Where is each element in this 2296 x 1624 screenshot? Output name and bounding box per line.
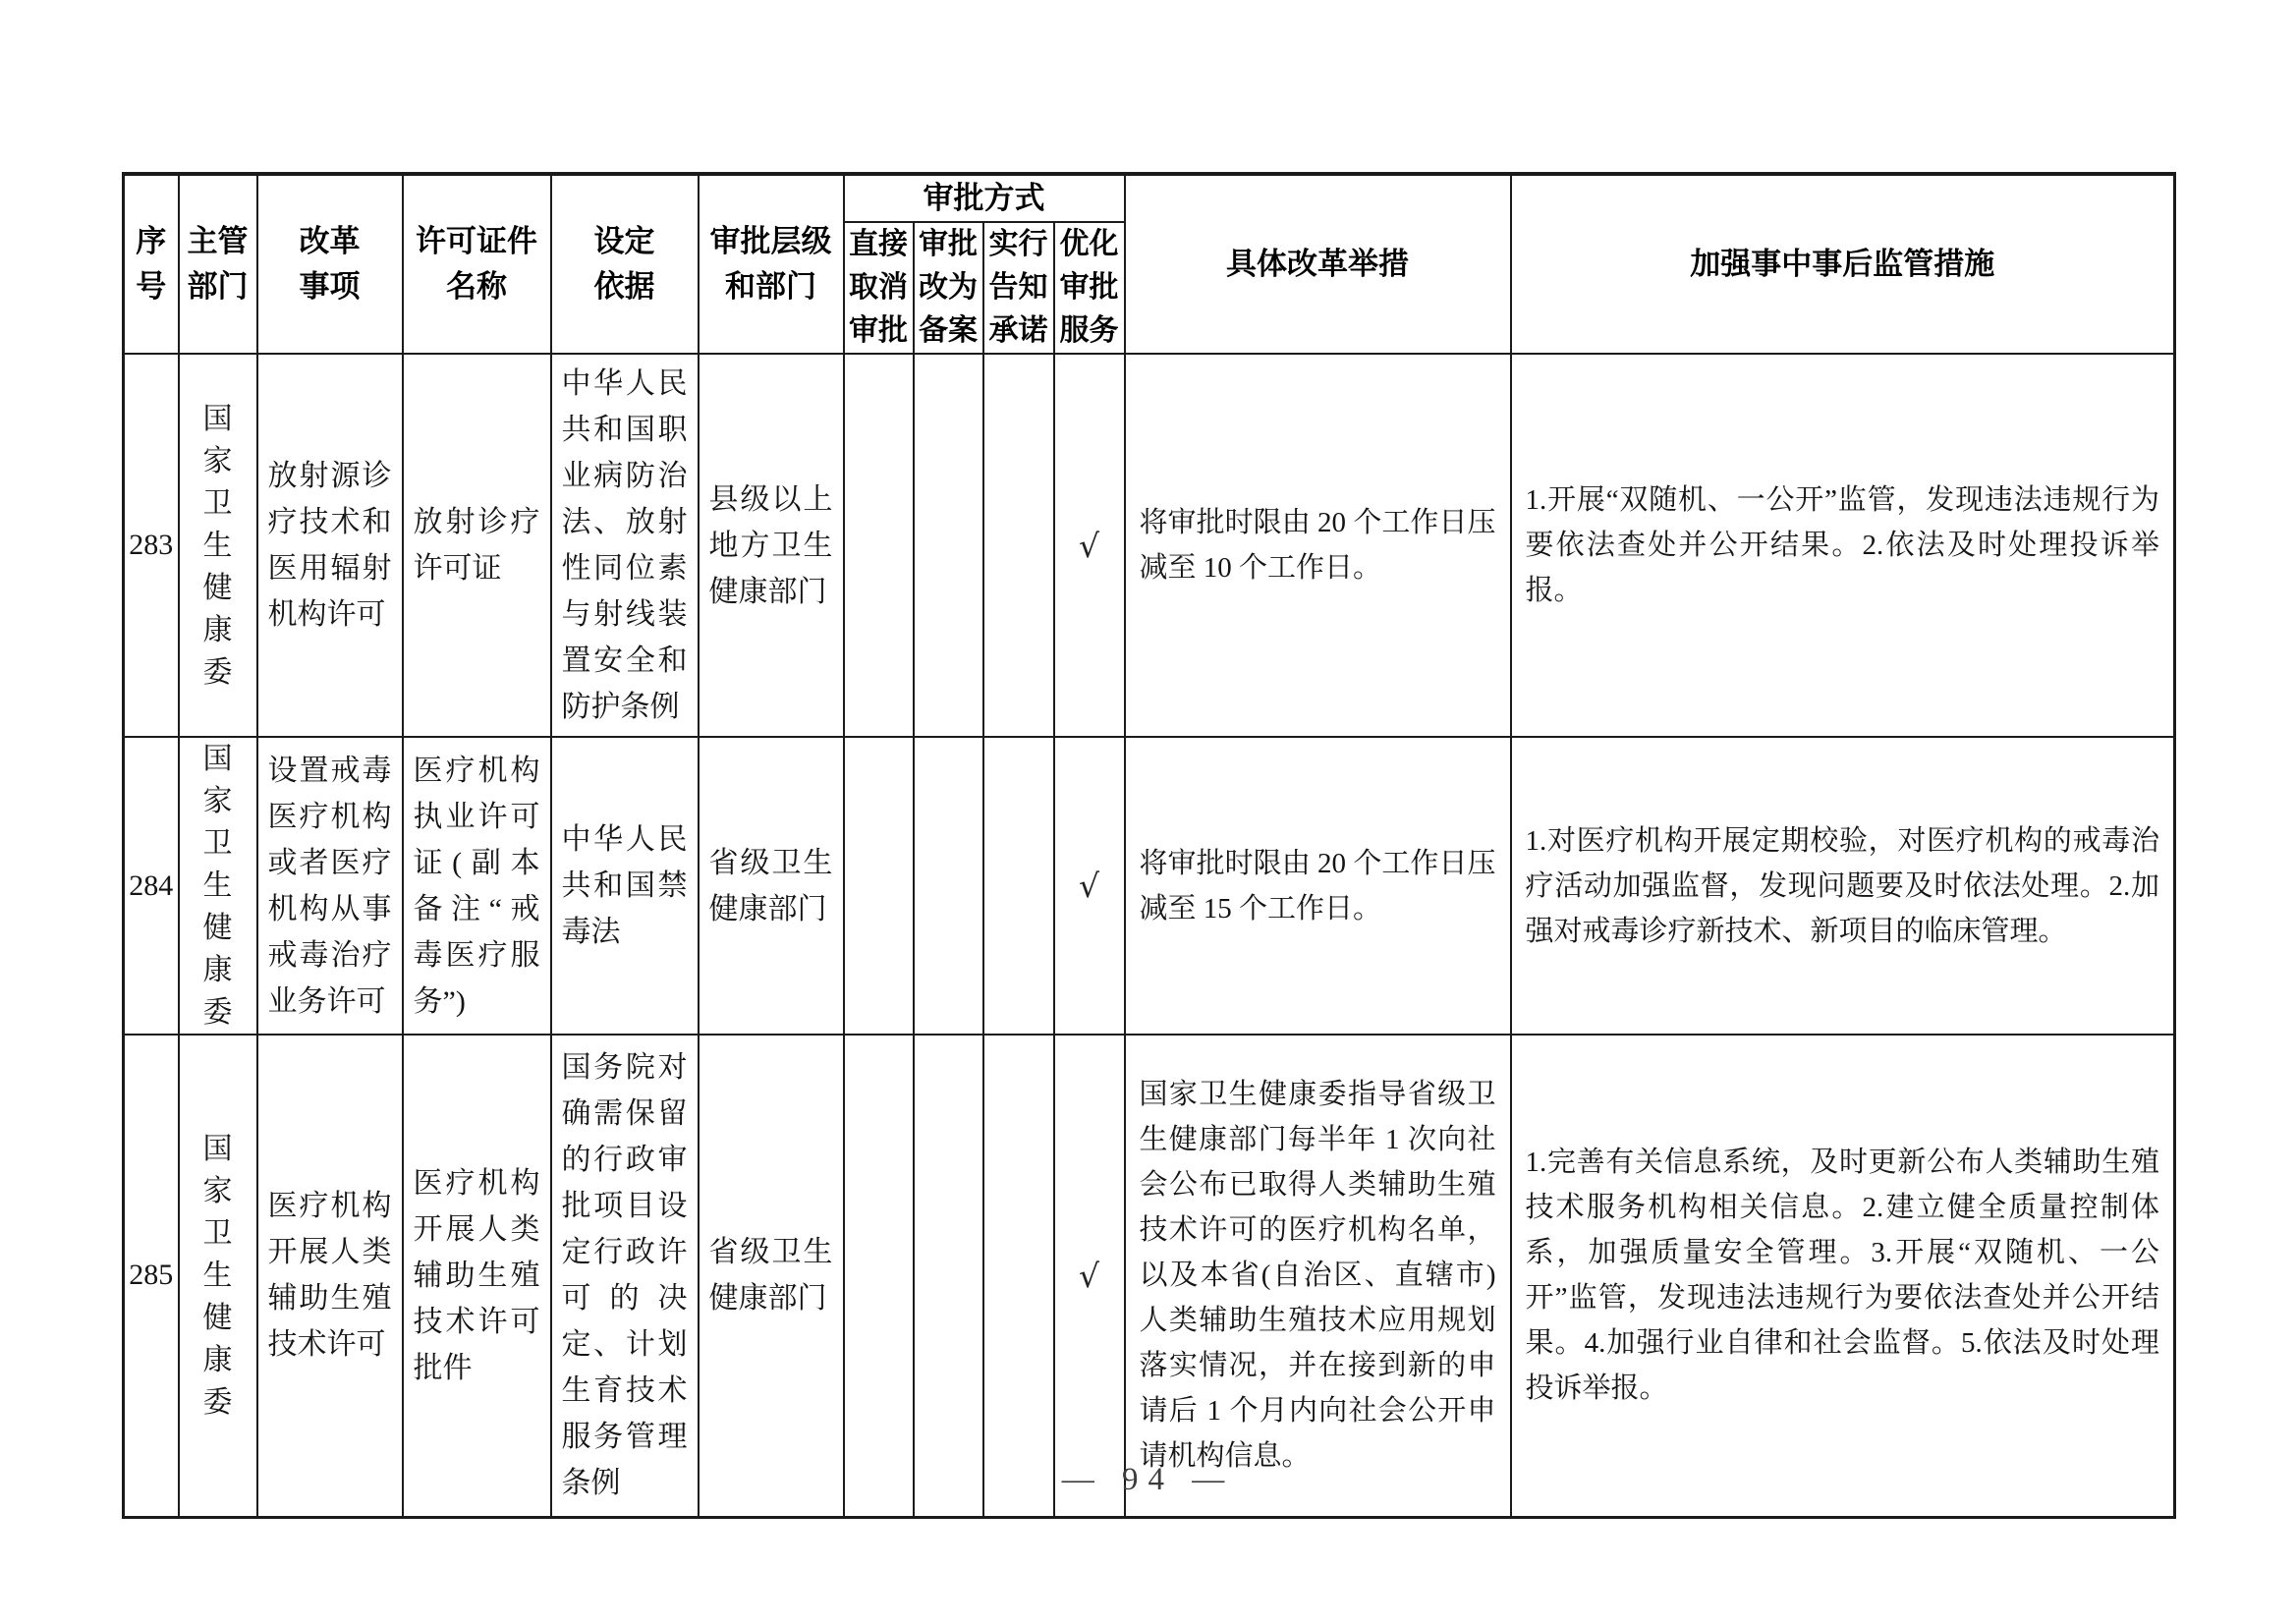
table-row-284: 284 国家卫生健康委 设置戒毒医疗机构或者医疗机构从事戒毒治疗业务许可 医疗机… — [124, 737, 2175, 1035]
cell-license-name: 放射诊疗许可证 — [403, 354, 551, 737]
page-number: — 94 — — [0, 1462, 2296, 1498]
cell-measures: 将审批时限由 20 个工作日压减至 10 个工作日。 — [1125, 354, 1511, 737]
cell-supervision: 1.对医疗机构开展定期校验，对医疗机构的戒毒治疗活动加强监督，发现问题要及时依法… — [1511, 737, 2175, 1035]
header-approval-level: 审批层级 和部门 — [699, 174, 844, 354]
cell-department: 国家卫生健康委 — [179, 737, 257, 1035]
header-approval-method: 审批方式 — [844, 174, 1125, 222]
cell-supervision: 1.完善有关信息系统，及时更新公布人类辅助生殖技术服务机构相关信息。2.建立健全… — [1511, 1035, 2175, 1517]
cell-approval-level: 省级卫生健康部门 — [699, 737, 844, 1035]
cell-supervision: 1.开展“双随机、一公开”监管，发现违法违规行为要依法查处并公开结果。2.依法及… — [1511, 354, 2175, 737]
cell-license-name: 医疗机构执业许可证(副本备注“戒毒医疗服务”) — [403, 737, 551, 1035]
cell-legal-basis: 中华人民共和国职业病防治法、放射性同位素与射线装置安全和防护条例 — [551, 354, 699, 737]
cell-license-name: 医疗机构开展人类辅助生殖技术许可批件 — [403, 1035, 551, 1517]
cell-measures: 将审批时限由 20 个工作日压减至 15 个工作日。 — [1125, 737, 1511, 1035]
header-optimize-service: 优化 审批 服务 — [1054, 222, 1125, 354]
cell-direct-cancel — [844, 737, 914, 1035]
cell-to-filing — [914, 1035, 983, 1517]
cell-legal-basis: 国务院对确需保留的行政审批项目设定行政许可的决定、计划生育技术服务管理条例 — [551, 1035, 699, 1517]
cell-to-filing — [914, 737, 983, 1035]
header-reform-item: 改革 事项 — [257, 174, 403, 354]
header-department: 主管 部门 — [179, 174, 257, 354]
cell-direct-cancel — [844, 354, 914, 737]
cell-department: 国家卫生健康委 — [179, 1035, 257, 1517]
cell-serial: 283 — [124, 354, 179, 737]
header-legal-basis: 设定 依据 — [551, 174, 699, 354]
header-license-name: 许可证件 名称 — [403, 174, 551, 354]
cell-notify-commitment — [983, 737, 1054, 1035]
header-notify-commitment: 实行 告知 承诺 — [983, 222, 1054, 354]
header-measures: 具体改革举措 — [1125, 174, 1511, 354]
header-supervision: 加强事中事后监管措施 — [1511, 174, 2175, 354]
checkmark-optimize-service: √ — [1054, 354, 1125, 737]
cell-notify-commitment — [983, 1035, 1054, 1517]
cell-legal-basis: 中华人民共和国禁毒法 — [551, 737, 699, 1035]
header-direct-cancel: 直接 取消 审批 — [844, 222, 914, 354]
cell-measures: 国家卫生健康委指导省级卫生健康部门每半年 1 次向社会公布已取得人类辅助生殖技术… — [1125, 1035, 1511, 1517]
reform-items-table: 序 号 主管 部门 改革 事项 许可证件 名称 设定 依据 审批层级 和部门 审… — [122, 172, 2176, 1519]
cell-reform-item: 医疗机构开展人类辅助生殖技术许可 — [257, 1035, 403, 1517]
cell-approval-level: 省级卫生健康部门 — [699, 1035, 844, 1517]
cell-reform-item: 设置戒毒医疗机构或者医疗机构从事戒毒治疗业务许可 — [257, 737, 403, 1035]
checkmark-optimize-service: √ — [1054, 1035, 1125, 1517]
cell-department: 国家卫生健康委 — [179, 354, 257, 737]
table-row-285: 285 国家卫生健康委 医疗机构开展人类辅助生殖技术许可 医疗机构开展人类辅助生… — [124, 1035, 2175, 1517]
cell-notify-commitment — [983, 354, 1054, 737]
table-row-283: 283 国家卫生健康委 放射源诊疗技术和医用辐射机构许可 放射诊疗许可证 中华人… — [124, 354, 2175, 737]
document-page: 序 号 主管 部门 改革 事项 许可证件 名称 设定 依据 审批层级 和部门 审… — [0, 0, 2296, 1624]
cell-serial: 285 — [124, 1035, 179, 1517]
cell-reform-item: 放射源诊疗技术和医用辐射机构许可 — [257, 354, 403, 737]
checkmark-optimize-service: √ — [1054, 737, 1125, 1035]
header-to-filing: 审批 改为 备案 — [914, 222, 983, 354]
header-row-top: 序 号 主管 部门 改革 事项 许可证件 名称 设定 依据 审批层级 和部门 审… — [124, 174, 2175, 222]
cell-approval-level: 县级以上地方卫生健康部门 — [699, 354, 844, 737]
cell-to-filing — [914, 354, 983, 737]
cell-direct-cancel — [844, 1035, 914, 1517]
cell-serial: 284 — [124, 737, 179, 1035]
header-serial: 序 号 — [124, 174, 179, 354]
